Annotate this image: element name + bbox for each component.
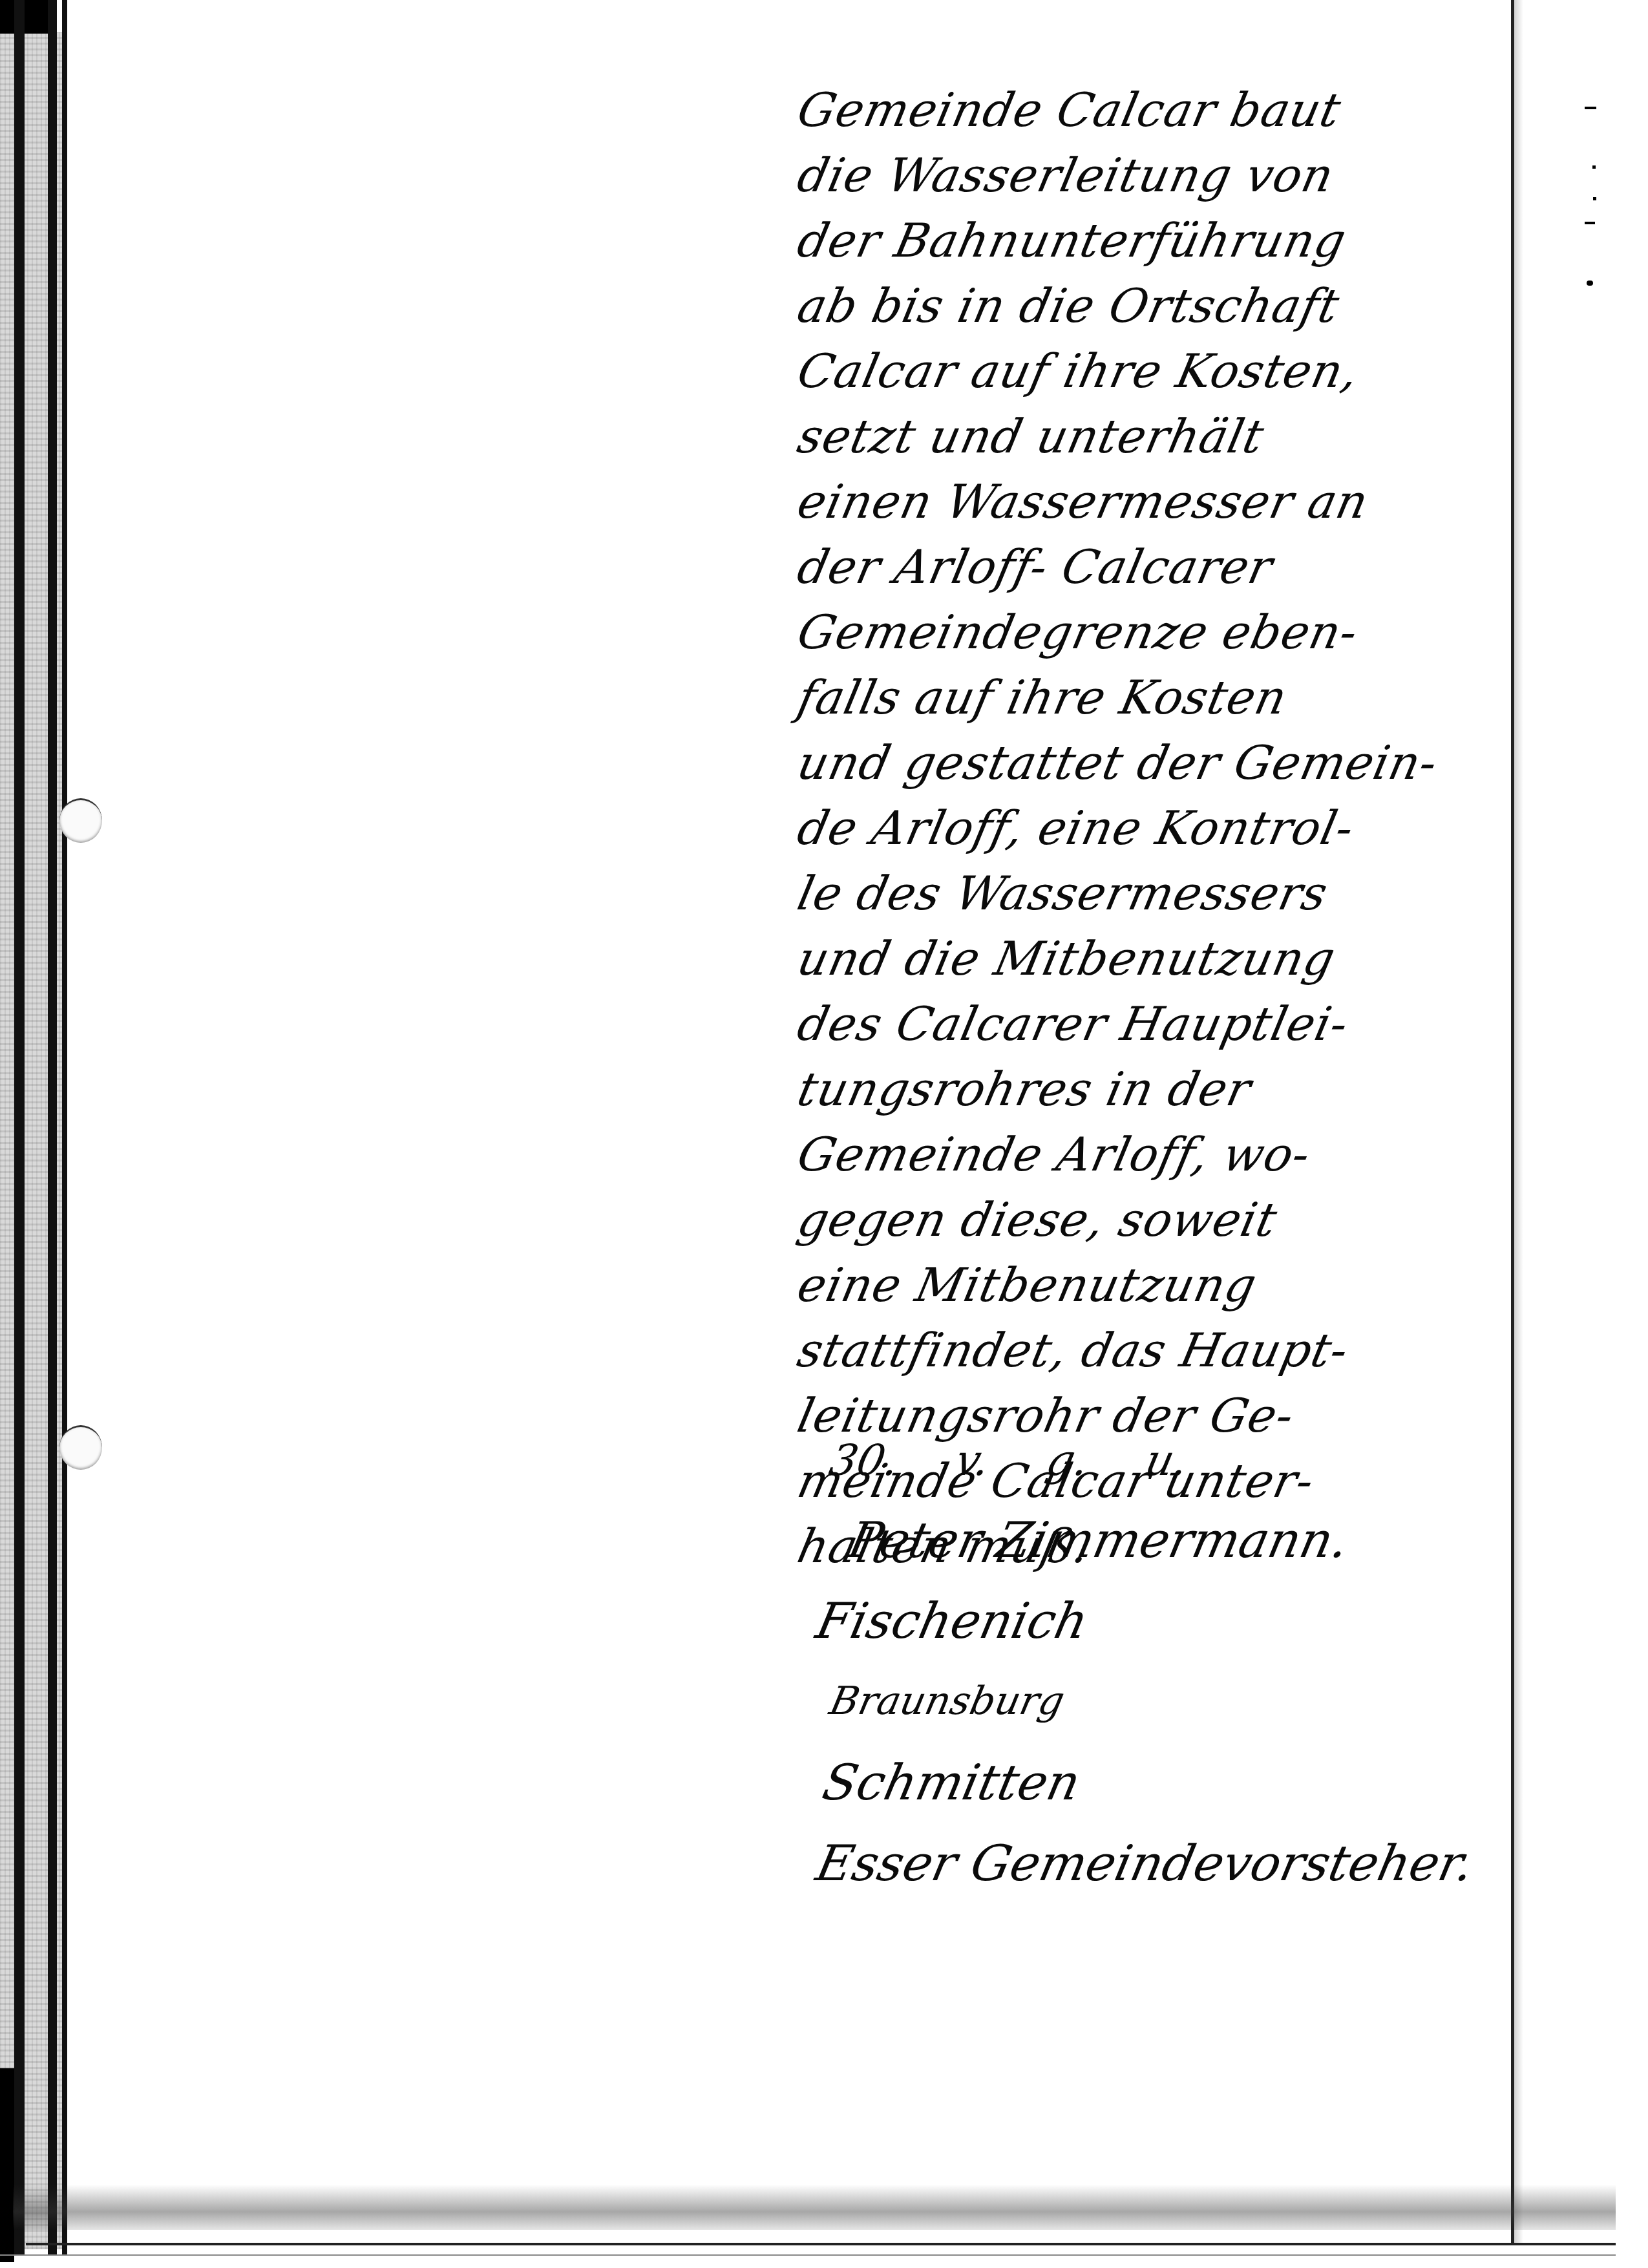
text-line: setzt und unterhält xyxy=(792,404,1516,469)
page-fold-shadow xyxy=(1514,0,1523,2243)
margin-mark xyxy=(1587,281,1593,286)
signature: Fischenich xyxy=(809,1580,1505,1661)
margin-mark xyxy=(1585,107,1596,109)
closing-part: v. xyxy=(948,1422,997,1500)
closing-number: 30. xyxy=(822,1422,906,1500)
text-line: Gemeinde Calcar baut xyxy=(792,78,1516,143)
text-line: der Arloff- Calcarer xyxy=(792,535,1516,600)
binding-rule xyxy=(48,0,57,2256)
handwritten-body-text: Gemeinde Calcar baut die Wasserleitung v… xyxy=(792,78,1503,1579)
page-bottom-edge xyxy=(26,2243,1616,2245)
text-line: tungsrohres in der xyxy=(792,1057,1516,1122)
signature: Schmitten xyxy=(809,1742,1505,1823)
binding-rule xyxy=(62,0,67,2256)
signature-block: 30. v. g. u. Peter Zimmermann. Fischenic… xyxy=(818,1422,1496,1903)
closing-part: u. xyxy=(1138,1422,1196,1500)
binding-rule xyxy=(14,0,25,2256)
text-line: der Bahnunterführung xyxy=(792,208,1516,273)
signature: Braunsburg xyxy=(809,1661,1505,1742)
text-line: Gemeinde Arloff, wo- xyxy=(792,1122,1516,1187)
text-line: stattfindet, das Haupt- xyxy=(792,1318,1516,1383)
text-line: einen Wassermesser an xyxy=(792,469,1516,535)
closing-formula: 30. v. g. u. xyxy=(809,1422,1505,1500)
text-line: Calcar auf ihre Kosten, xyxy=(792,339,1516,404)
binding-corner-shadow xyxy=(0,0,52,34)
closing-part: g. xyxy=(1039,1422,1097,1500)
text-line: falls auf ihre Kosten xyxy=(792,665,1516,730)
text-line: ab bis in die Ortschaft xyxy=(792,273,1516,339)
text-line: gegen diese, soweit xyxy=(792,1187,1516,1253)
text-line: Gemeindegrenze eben- xyxy=(792,600,1516,665)
text-line: le des Wassermessers xyxy=(792,861,1516,926)
text-line: und die Mitbenutzung xyxy=(792,926,1516,991)
signature: Esser Gemeindevorsteher. xyxy=(809,1823,1505,1903)
punch-hole xyxy=(59,1425,102,1470)
binding-shadow xyxy=(0,2068,14,2262)
book-binding-edge xyxy=(0,0,71,2268)
text-line: des Calcarer Hauptlei- xyxy=(792,991,1516,1057)
punch-hole xyxy=(59,798,102,843)
scan-shadow xyxy=(13,2185,1616,2230)
text-line: und gestattet der Gemein- xyxy=(792,730,1516,796)
margin-mark xyxy=(1592,165,1596,169)
margin-mark xyxy=(1593,197,1596,200)
text-line: eine Mitbenutzung xyxy=(792,1253,1516,1318)
text-line: de Arloff, eine Kontrol- xyxy=(792,796,1516,861)
text-line: die Wasserleitung von xyxy=(792,143,1516,208)
scan-bottom-edge xyxy=(0,2254,1616,2256)
margin-mark xyxy=(1585,222,1595,224)
signature: Peter Zimmermann. xyxy=(809,1500,1505,1580)
